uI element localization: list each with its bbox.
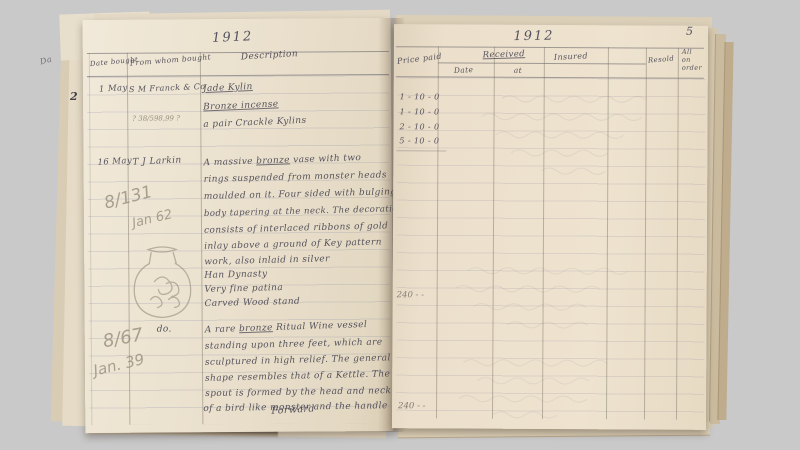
all-on-order-line-2: on xyxy=(682,56,702,64)
right-col-header-all-on-order: All on order xyxy=(682,48,702,72)
entry2-line-1-underlined-word: bronze xyxy=(256,155,290,166)
pencil-amount-bottom: 240 - - xyxy=(398,401,425,411)
entry2-line-1-pre: A massive xyxy=(203,157,256,169)
all-on-order-line-3: order xyxy=(682,64,702,72)
entry3-line-1-underlined-word: bronze xyxy=(239,323,273,334)
right-col-header-received-at: at xyxy=(514,66,522,75)
right-col-header-received-date: Date xyxy=(454,65,474,75)
entry1-date: 1 May xyxy=(99,83,128,95)
entry2-vendor: T J Larkin xyxy=(132,156,181,168)
all-on-order-line-1: All xyxy=(682,48,702,56)
right-year-heading: 1912 xyxy=(502,29,566,45)
price-row-3: 2 - 10 - 0 xyxy=(399,122,439,131)
page-number: 5 xyxy=(686,25,693,38)
ledger-right-page: 1912 5 Price paid Received Date at Insur… xyxy=(392,24,708,430)
ledger-left-page: 1912 Date bought From whom bought Descri… xyxy=(83,18,394,433)
bleedthrough-writing-upper xyxy=(471,89,696,190)
right-received-sub-rule xyxy=(438,62,646,64)
right-col-header-received: Received xyxy=(454,48,554,61)
bleedthrough-writing-middle xyxy=(447,262,692,343)
price-row-4: 5 - 10 - 0 xyxy=(399,136,439,145)
bleedthrough-writing-lower xyxy=(447,354,692,425)
price-row-2: 1 - 10 - 0 xyxy=(400,107,440,116)
underpage-header-fragment: Da xyxy=(39,55,53,67)
photograph-of-open-ledger: Da 2 1912 Date bought From whom bought D… xyxy=(0,0,800,450)
left-year-heading: 1912 xyxy=(200,29,265,47)
price-row-1: 1 - 10 - 0 xyxy=(400,92,440,101)
right-col-header-resold: Resold xyxy=(648,55,675,65)
right-col-header-price: Price paid xyxy=(397,52,443,66)
entry1-line-1: Jade Kylin xyxy=(203,82,253,94)
entry1-pencil-note: ? 38/598,99 ? xyxy=(132,114,180,122)
pencil-amount-mid: 240 - - xyxy=(397,290,424,300)
entry3-vendor-ditto: do. xyxy=(157,324,172,334)
entry2-line-9: Very fine patina xyxy=(204,283,283,295)
underpage-digit-fragment: 2 xyxy=(70,90,78,103)
vase-pencil-sketch xyxy=(126,241,199,322)
entry2-line-8: Han Dynasty xyxy=(204,269,267,281)
left-col-header-description: Description xyxy=(241,49,299,62)
entry3-line-1-pre: A rare xyxy=(205,324,240,335)
right-col-header-insured: Insured xyxy=(554,51,588,62)
left-header-rule-top xyxy=(87,51,389,54)
entry2-date: 16 May xyxy=(97,156,132,168)
